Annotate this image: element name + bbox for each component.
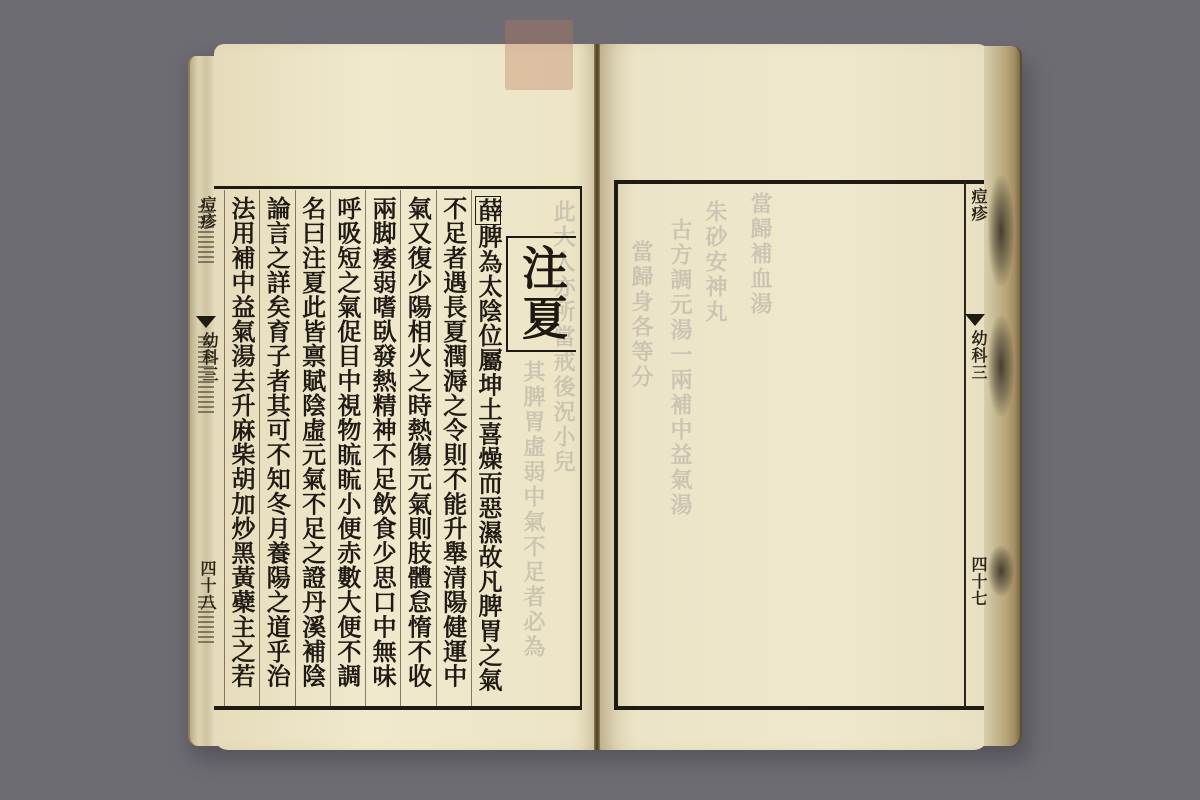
text-column: 氣又復少陽相火之時熱傷元氣則肢體怠惰不收 [400,190,435,706]
show-through-text: 當歸身各等分 [626,240,656,390]
right-page-stack [984,46,1022,746]
text-column: 法用補中益氣湯去升麻柴胡加炒黑黃蘗主之若 [224,190,259,706]
column-text: 脾為太陰位屬坤土喜燥而惡濕故凡脾胃之氣 [474,225,503,692]
library-seal [505,20,573,90]
margin-label-page-right: 四十七 [967,556,990,607]
edge-ink-mark [988,316,1014,416]
section-title: 注夏 [506,236,576,352]
text-column: 呼吸短之氣促目中視物䀮䀮小便赤數大便不調 [330,190,365,706]
fishtail-mark [965,314,985,326]
margin-label-title-right: 痘疹 [967,188,990,222]
text-column: 不足者遇長夏潤溽之令則不能升舉清陽健運中 [436,190,471,706]
author-marker: 薛 [475,196,501,225]
fishtail-mark [196,316,216,328]
text-column: 薛脾為太陰位屬坤土喜燥而惡濕故凡脾胃之氣 [471,190,506,706]
text-column: 論言之詳矣育子者其可不知冬月養陽之道乎治 [259,190,294,706]
text-column: 名曰注夏此皆禀賦陰虛元氣不足之證丹溪補陰 [295,190,330,706]
margin-label-volume-left: 幼科三 [198,332,221,383]
frame-rule [966,180,984,184]
frame-rule [966,706,984,710]
edge-ink-mark [988,546,1014,596]
book-gutter [594,44,600,750]
show-through-text: 朱砂安神丸 [700,200,730,325]
margin-label-volume-right: 幼科三 [967,330,990,381]
edge-ink-mark [988,176,1014,286]
margin-label-page-left: 四十八 [196,560,219,611]
margin-label-title-left: 痘疹 [196,196,219,230]
text-columns: 薛脾為太陰位屬坤土喜燥而惡濕故凡脾胃之氣 不足者遇長夏潤溽之令則不能升舉清陽健運… [224,190,506,706]
show-through-text: 古方調元湯一兩補中益氣湯 [665,218,695,518]
show-through-text: 其脾胃虛弱中氣不足者必為 [518,360,548,660]
text-column: 兩脚痿弱嗜臥發熱精神不足飲食少思口中無味 [365,190,400,706]
show-through-text: 當歸補血湯 [745,192,775,317]
document-photo: 痘疹 幼科三 四十八 此大人亦所當戒後況小兒 其脾胃虛弱中氣不足者必為 注夏 薛… [0,0,1200,800]
